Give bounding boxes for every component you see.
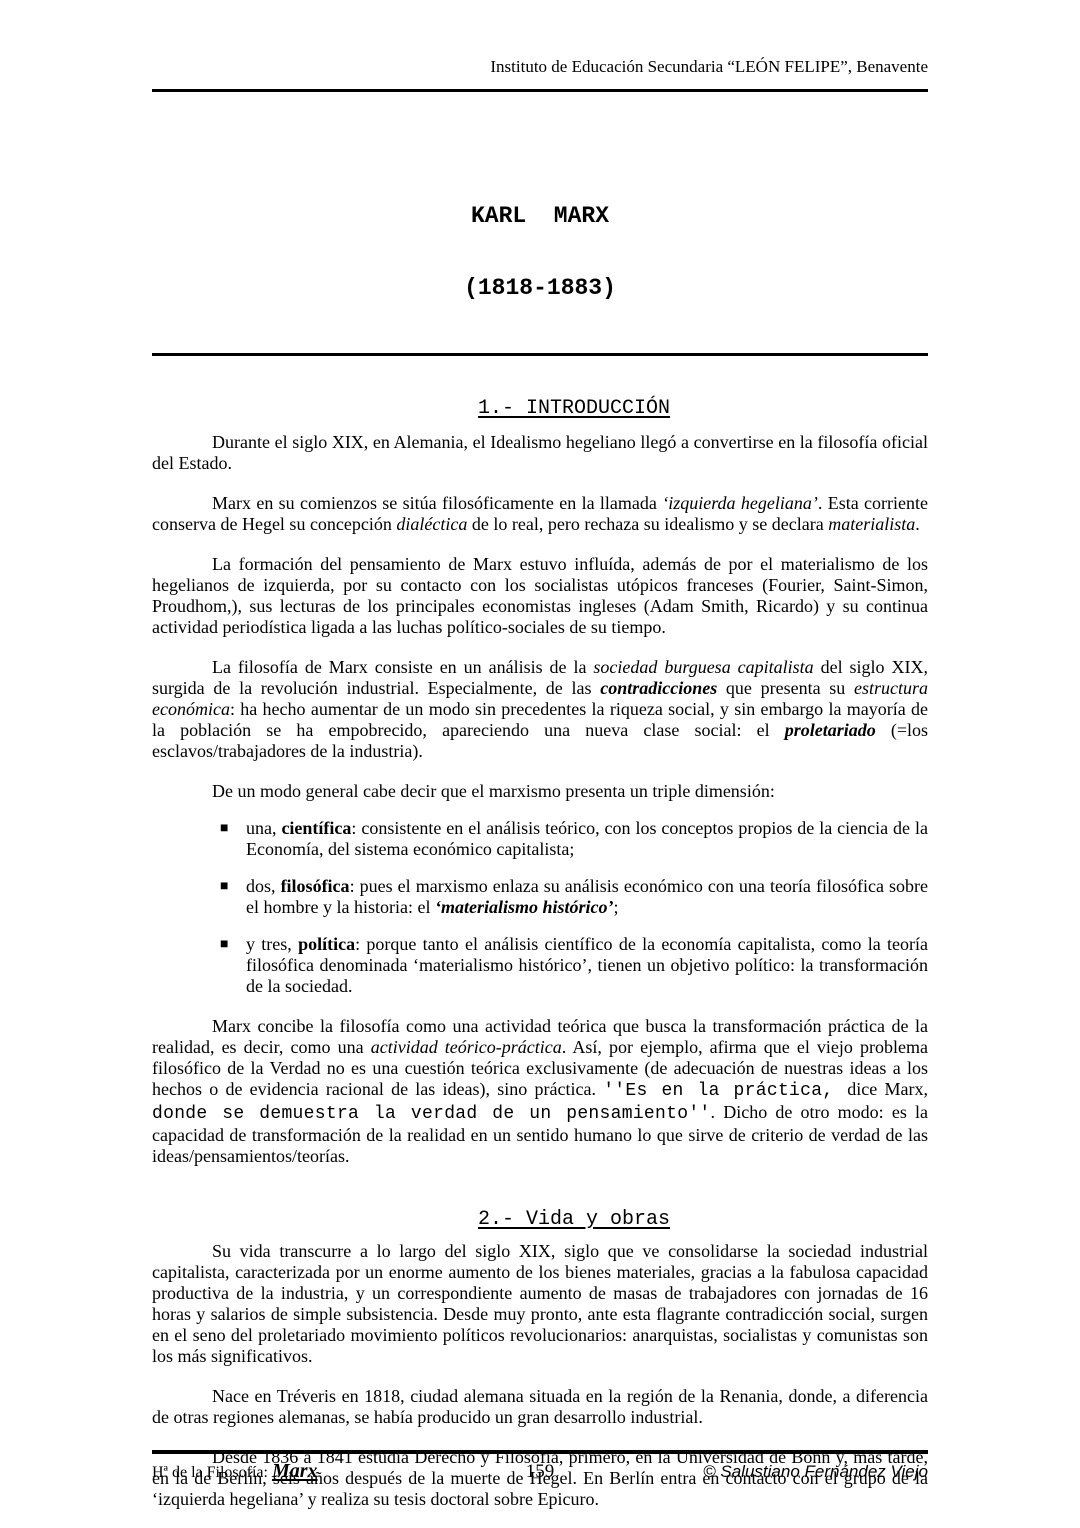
text-run: científica: [281, 818, 351, 838]
section-heading-text: 2.- Vida y obras: [478, 1208, 670, 1231]
list-item: ■dos, filosófica: pues el marxismo enlaz…: [220, 876, 928, 918]
footer-course-subject: Marx: [272, 1460, 318, 1482]
list-item: ■una, científica: consistente en el anál…: [220, 818, 928, 860]
text-run: La formación del pensamiento de Marx est…: [152, 554, 928, 637]
footer-row: Hª de la Filosofía: Marx 159 © Salustian…: [152, 1460, 928, 1483]
footer-copyright: © Salustiano Fernández Viejo: [703, 1462, 928, 1482]
text-run: De un modo general cabe decir que el mar…: [212, 781, 775, 801]
list-item-text: y tres, política: porque tanto el anális…: [246, 934, 928, 997]
section-heading-text: 1.- INTRODUCCIÓN: [478, 397, 670, 420]
text-run: proletariado: [785, 720, 876, 740]
text-run: contradicciones: [600, 678, 717, 698]
text-run: Durante el siglo XIX, en Alemania, el Id…: [152, 432, 928, 473]
header-divider: [152, 89, 928, 92]
text-run: que presenta su: [717, 678, 854, 698]
header-institution: Instituto de Educación Secundaria “LEÓN …: [152, 0, 928, 77]
paragraph: Marx concibe la filosofía como una activ…: [152, 1016, 928, 1167]
page-footer: Hª de la Filosofía: Marx 159 © Salustian…: [152, 1450, 928, 1483]
text-run: Nace en Tréveris en 1818, ciudad alemana…: [152, 1386, 928, 1427]
text-run: sociedad burguesa capitalista: [593, 657, 813, 677]
square-bullet-icon: ■: [220, 876, 246, 918]
text-run: ''Es en la práctica,: [603, 1081, 847, 1101]
paragraph: Marx en su comienzos se sitúa filosófica…: [152, 493, 928, 535]
text-run: dialéctica: [396, 514, 467, 534]
list-item-text: una, científica: consistente en el análi…: [246, 818, 928, 860]
document-title-block: KARL MARX (1818-1883): [152, 156, 928, 348]
footer-course-label: Hª de la Filosofía: Marx: [152, 1460, 318, 1483]
text-run: .: [915, 514, 920, 534]
text-run: dos,: [246, 876, 281, 896]
paragraph: De un modo general cabe decir que el mar…: [152, 781, 928, 802]
list-item-text: dos, filosófica: pues el marxismo enlaza…: [246, 876, 928, 918]
text-run: materialista: [828, 514, 915, 534]
text-run: política: [298, 934, 355, 954]
section-heading: 2.- Vida y obras: [152, 1209, 928, 1231]
section-heading: 1.- INTRODUCCIÓN: [152, 398, 928, 420]
document-page: Instituto de Educación Secundaria “LEÓN …: [0, 0, 1080, 1528]
page-title: KARL MARX: [152, 204, 928, 228]
title-divider: [152, 353, 928, 356]
paragraph: Nace en Tréveris en 1818, ciudad alemana…: [152, 1386, 928, 1428]
text-run: y tres,: [246, 934, 298, 954]
text-run: ‘izquierda hegeliana’: [662, 493, 818, 513]
text-run: una,: [246, 818, 281, 838]
text-run: Su vida transcurre a lo largo del siglo …: [152, 1241, 928, 1366]
paragraph: La formación del pensamiento de Marx est…: [152, 554, 928, 638]
text-run: actividad teórico-práctica: [371, 1037, 562, 1057]
text-run: Marx en su comienzos se sitúa filosófica…: [212, 493, 662, 513]
square-bullet-icon: ■: [220, 818, 246, 860]
text-run: de lo real, pero rechaza su idealismo y …: [467, 514, 828, 534]
footer-divider: [152, 1450, 928, 1454]
page-number: 159: [526, 1461, 555, 1483]
square-bullet-icon: ■: [220, 934, 246, 997]
paragraph: Durante el siglo XIX, en Alemania, el Id…: [152, 432, 928, 474]
footer-course-prefix: Hª de la Filosofía:: [152, 1464, 272, 1481]
paragraph: Su vida transcurre a lo largo del siglo …: [152, 1241, 928, 1367]
text-run: dice Marx,: [847, 1079, 928, 1099]
text-run: ;: [613, 897, 618, 917]
text-run: La filosofía de Marx consiste en un anál…: [212, 657, 593, 677]
document-body: 1.- INTRODUCCIÓNDurante el siglo XIX, en…: [152, 398, 928, 1510]
text-run: ‘materialismo histórico’: [435, 897, 614, 917]
text-run: filosófica: [281, 876, 350, 896]
page-title-years: (1818-1883): [152, 276, 928, 300]
text-run: donde se demuestra la verdad de un pensa…: [152, 1104, 711, 1124]
list-item: ■y tres, política: porque tanto el análi…: [220, 934, 928, 997]
paragraph: La filosofía de Marx consiste en un anál…: [152, 657, 928, 762]
